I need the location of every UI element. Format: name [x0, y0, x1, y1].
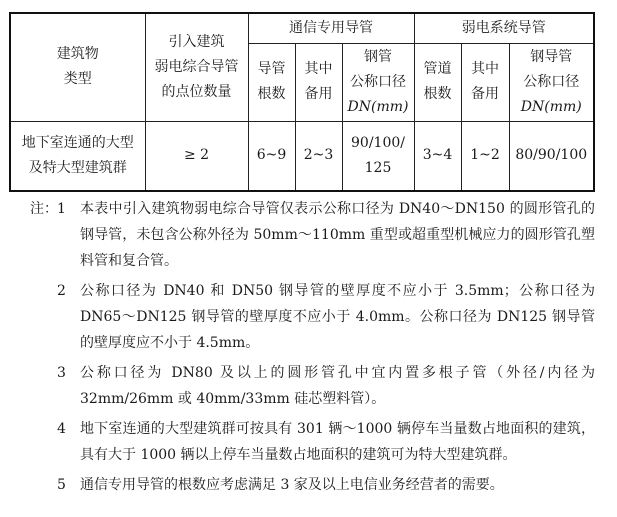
cell-telecom-dn: 90/100/ 125 [342, 121, 414, 191]
cell-weak-spare: 1~2 [461, 121, 509, 191]
header-weak-group: 弱电系统导管 [414, 13, 594, 43]
header-telecom-group: 通信专用导管 [248, 13, 414, 43]
note-item: 3 公称口径为 DN80 及以上的圆形管孔中宜内置多根子管（外径/内径为 32m… [0, 360, 617, 412]
cell-telecom-count: 6~9 [248, 121, 295, 191]
header-weak-dn: 钢导管 公称口径 DN(mm) [509, 43, 594, 121]
note-text: 公称口径为 DN80 及以上的圆形管孔中宜内置多根子管（外径/内径为 32mm/… [80, 360, 595, 412]
cell-points-count: ≥ 2 [145, 121, 248, 191]
note-text: 地下室连通的大型建筑群可按具有 301 辆～1000 辆停车当量数占地面积的建筑… [80, 416, 595, 468]
note-number: 2 [57, 278, 66, 304]
note-item: 注： 1 本表中引入建筑物弱电综合导管仅表示公称口径为 DN40～DN150 的… [0, 196, 617, 274]
notes-prefix: 注： [30, 196, 58, 222]
cell-telecom-spare: 2~3 [295, 121, 342, 191]
note-item: 4 地下室连通的大型建筑群可按具有 301 辆～1000 辆停车当量数占地面积的… [0, 416, 617, 468]
header-telecom-dn-label: 钢管 公称口径 [343, 45, 414, 95]
header-weak-dn-unit: DN(mm) [510, 95, 594, 120]
table-row: 地下室连通的大型 及特大型建筑群 ≥ 2 6~9 2~3 90/100/ 125… [10, 121, 594, 191]
note-number: 3 [57, 360, 66, 386]
note-number: 5 [57, 472, 66, 498]
note-item: 2 公称口径为 DN40 和 DN50 钢导管的壁厚度不应小于 3.5mm；公称… [0, 278, 617, 356]
header-telecom-dn-unit: DN(mm) [343, 95, 414, 120]
header-telecom-spare: 其中 备用 [295, 43, 342, 121]
header-building-type: 建筑物 类型 [10, 13, 145, 121]
header-weak-count: 管道 根数 [414, 43, 461, 121]
cell-building-type: 地下室连通的大型 及特大型建筑群 [10, 121, 145, 191]
header-points-count: 引入建筑 弱电综合导管 的点位数量 [145, 13, 248, 121]
note-item: 5 通信专用导管的根数应考虑满足 3 家及以上电信业务经营者的需要。 [0, 472, 617, 498]
note-number: 4 [57, 416, 66, 442]
cell-weak-dn: 80/90/100 [509, 121, 594, 191]
header-weak-spare: 其中 备用 [461, 43, 509, 121]
note-text: 通信专用导管的根数应考虑满足 3 家及以上电信业务经营者的需要。 [80, 472, 595, 498]
note-number: 1 [57, 196, 66, 222]
header-weak-dn-label: 钢导管 公称口径 [510, 45, 594, 95]
cell-weak-count: 3~4 [414, 121, 461, 191]
note-text: 本表中引入建筑物弱电综合导管仅表示公称口径为 DN40～DN150 的圆形管孔的… [80, 196, 595, 274]
notes-section: 注： 1 本表中引入建筑物弱电综合导管仅表示公称口径为 DN40～DN150 的… [0, 196, 617, 502]
header-telecom-count: 导管 根数 [248, 43, 295, 121]
conduit-table: 建筑物 类型 引入建筑 弱电综合导管 的点位数量 通信专用导管 弱电系统导管 导… [9, 12, 595, 192]
note-text: 公称口径为 DN40 和 DN50 钢导管的壁厚度不应小于 3.5mm；公称口径… [80, 278, 595, 356]
header-telecom-dn: 钢管 公称口径 DN(mm) [342, 43, 414, 121]
